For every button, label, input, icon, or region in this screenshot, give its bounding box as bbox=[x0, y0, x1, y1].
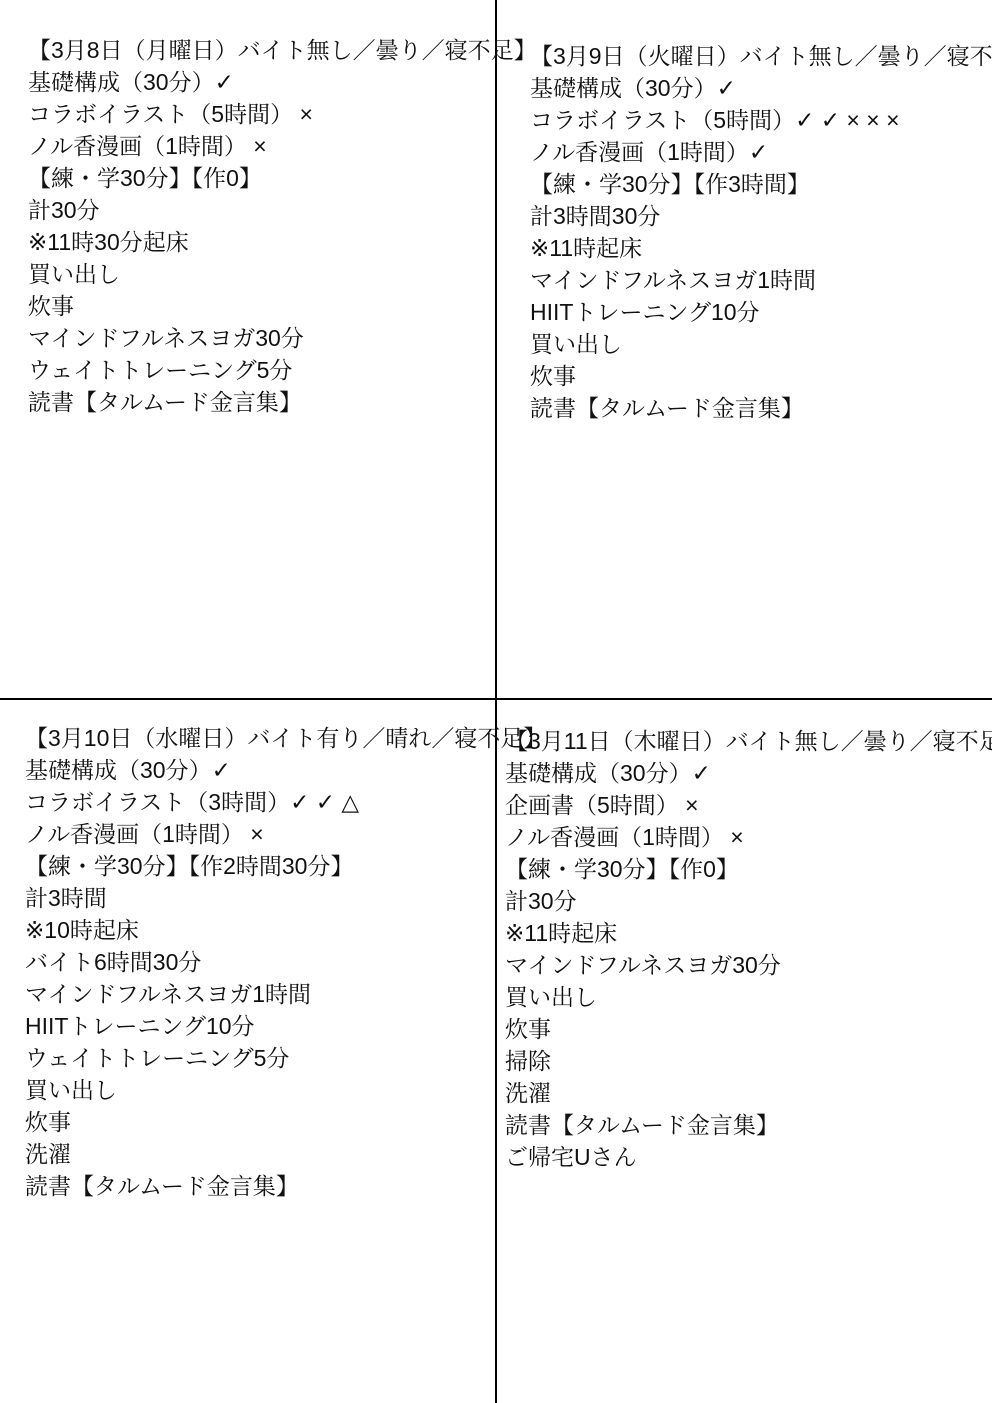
diary-line: 計30分 bbox=[28, 194, 489, 226]
diary-line: 買い出し bbox=[25, 1074, 489, 1106]
diary-line: 【練・学30分】【作0】 bbox=[505, 853, 986, 885]
diary-line: マインドフルネスヨガ1時間 bbox=[25, 978, 489, 1010]
diary-line: ウェイトトレーニング5分 bbox=[28, 354, 489, 386]
diary-entry-header: 【3月10日（水曜日）バイト有り／晴れ／寝不足】 bbox=[25, 722, 489, 754]
diary-line: 掃除 bbox=[505, 1045, 986, 1077]
diary-line: コラボイラスト（5時間） × bbox=[28, 98, 489, 130]
diary-line: HIITトレーニング10分 bbox=[25, 1010, 489, 1042]
diary-line: 読書【タルムード金言集】 bbox=[505, 1109, 986, 1141]
diary-line: ご帰宅Uさん bbox=[505, 1141, 986, 1173]
diary-line: ノル香漫画（1時間） × bbox=[25, 818, 489, 850]
diary-line: 炊事 bbox=[25, 1106, 489, 1138]
diary-line: 炊事 bbox=[28, 290, 489, 322]
diary-line: ※11時起床 bbox=[530, 232, 986, 264]
diary-entry-mar8: 【3月8日（月曜日）バイト無し／曇り／寝不足】 基礎構成（30分）✓ コラボイラ… bbox=[0, 0, 495, 698]
diary-line: 炊事 bbox=[505, 1013, 986, 1045]
diary-entry-header: 【3月8日（月曜日）バイト無し／曇り／寝不足】 bbox=[28, 34, 489, 66]
diary-entry-mar11: 【3月11日（木曜日）バイト無し／曇り／寝不足】 基礎構成（30分）✓ 企画書（… bbox=[497, 700, 992, 1403]
diary-line: マインドフルネスヨガ1時間 bbox=[530, 264, 986, 296]
diary-line: マインドフルネスヨガ30分 bbox=[28, 322, 489, 354]
diary-line: 読書【タルムード金言集】 bbox=[530, 392, 986, 424]
diary-line: ノル香漫画（1時間） × bbox=[28, 130, 489, 162]
diary-line: 【練・学30分】【作2時間30分】 bbox=[25, 850, 489, 882]
diary-line: ウェイトトレーニング5分 bbox=[25, 1042, 489, 1074]
diary-line: 洗濯 bbox=[25, 1138, 489, 1170]
diary-entry-mar9: 【3月9日（火曜日）バイト無し／曇り／寝不足】 基礎構成（30分）✓ コラボイラ… bbox=[497, 0, 992, 698]
diary-line: ノル香漫画（1時間） × bbox=[505, 821, 986, 853]
diary-line: 計3時間30分 bbox=[530, 200, 986, 232]
diary-line: 計30分 bbox=[505, 885, 986, 917]
diary-line: 読書【タルムード金言集】 bbox=[28, 386, 489, 418]
diary-entry-header: 【3月11日（木曜日）バイト無し／曇り／寝不足】 bbox=[505, 725, 986, 757]
diary-line: ※11時30分起床 bbox=[28, 226, 489, 258]
diary-line: 【練・学30分】【作3時間】 bbox=[530, 168, 986, 200]
diary-line: 基礎構成（30分）✓ bbox=[28, 66, 489, 98]
diary-line: バイト6時間30分 bbox=[25, 946, 489, 978]
diary-line: コラボイラスト（3時間）✓ ✓ △ bbox=[25, 786, 489, 818]
diary-line: 買い出し bbox=[28, 258, 489, 290]
diary-line: 基礎構成（30分）✓ bbox=[530, 72, 986, 104]
diary-line: 読書【タルムード金言集】 bbox=[25, 1170, 489, 1202]
diary-line: 洗濯 bbox=[505, 1077, 986, 1109]
diary-entry-mar10: 【3月10日（水曜日）バイト有り／晴れ／寝不足】 基礎構成（30分）✓ コラボイ… bbox=[0, 700, 495, 1403]
diary-page: 【3月8日（月曜日）バイト無し／曇り／寝不足】 基礎構成（30分）✓ コラボイラ… bbox=[0, 0, 992, 1403]
diary-line: ノル香漫画（1時間）✓ bbox=[530, 136, 986, 168]
diary-line: HIITトレーニング10分 bbox=[530, 296, 986, 328]
diary-line: コラボイラスト（5時間）✓ ✓ × × × bbox=[530, 104, 986, 136]
diary-line: 企画書（5時間） × bbox=[505, 789, 986, 821]
diary-line: 炊事 bbox=[530, 360, 986, 392]
diary-line: ※10時起床 bbox=[25, 914, 489, 946]
diary-line: 計3時間 bbox=[25, 882, 489, 914]
diary-line: 基礎構成（30分）✓ bbox=[25, 754, 489, 786]
diary-line: マインドフルネスヨガ30分 bbox=[505, 949, 986, 981]
diary-line: 買い出し bbox=[505, 981, 986, 1013]
diary-line: ※11時起床 bbox=[505, 917, 986, 949]
diary-line: 買い出し bbox=[530, 328, 986, 360]
diary-line: 基礎構成（30分）✓ bbox=[505, 757, 986, 789]
diary-entry-header: 【3月9日（火曜日）バイト無し／曇り／寝不足】 bbox=[530, 40, 986, 72]
diary-line: 【練・学30分】【作0】 bbox=[28, 162, 489, 194]
